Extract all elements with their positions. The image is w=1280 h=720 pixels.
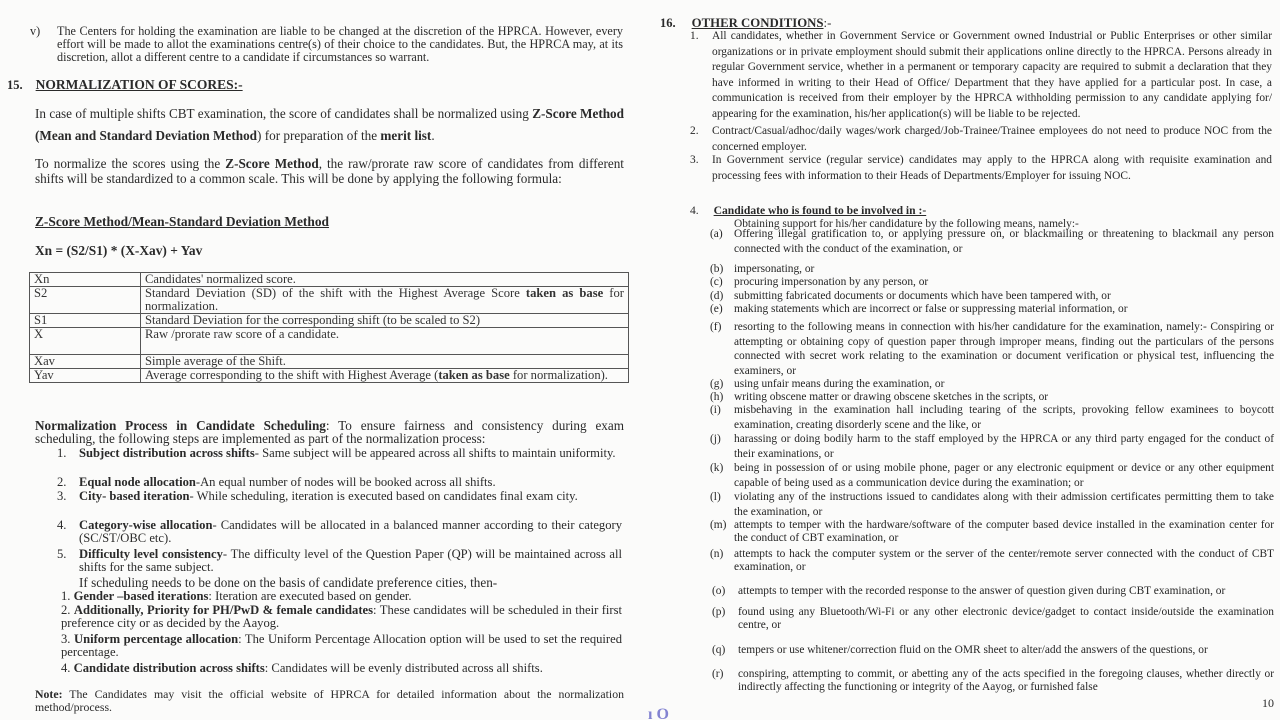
item-4-heading: 4. Candidate who is found to be involved… xyxy=(690,204,926,217)
list-item: 1.Subject distribution across shifts- Sa… xyxy=(57,447,622,460)
stamp-mark-icon: ıO xyxy=(648,706,690,720)
section-15-para1: In case of multiple shifts CBT examinati… xyxy=(35,103,624,147)
clause-item: (l)violating any of the instructions iss… xyxy=(710,490,1274,519)
clause-item: (j)harassing or doing bodily harm to the… xyxy=(710,432,1274,461)
variable-meaning: Standard Deviation for the corresponding… xyxy=(141,314,629,328)
table-row: S1Standard Deviation for the correspondi… xyxy=(30,314,629,328)
table-row: XRaw /prorate raw score of a candidate. xyxy=(30,328,629,355)
clause-item: (o)attempts to temper with the recorded … xyxy=(712,584,1274,599)
list-item: 1.All candidates, whether in Government … xyxy=(690,29,1272,122)
list-item: 3.City- based iteration- While schedulin… xyxy=(57,490,622,503)
clause-item: (r)conspiring, attempting to commit, or … xyxy=(712,668,1274,693)
clause-item: (a)Offering illegal gratification to, or… xyxy=(710,227,1274,256)
section-title: NORMALIZATION OF SCORES:- xyxy=(36,77,243,92)
variable-meaning: Raw /prorate raw score of a candidate. xyxy=(141,328,629,355)
section-15-heading: 15. NORMALIZATION OF SCORES:- xyxy=(7,76,243,94)
clause-item: (p)found using any Bluetooth/Wi-Fi or an… xyxy=(712,606,1274,631)
item-v: v) The Centers for holding the examinati… xyxy=(30,25,623,64)
normalization-note: Note: The Candidates may visit the offic… xyxy=(35,688,624,714)
preference-intro: If scheduling needs to be done on the ba… xyxy=(79,576,497,589)
right-page: 16. OTHER CONDITIONS:- 1.All candidates,… xyxy=(648,0,1280,720)
list-item: 2.Contract/Casual/adhoc/daily wages/work… xyxy=(690,124,1272,155)
clause-item: (e)making statements which are incorrect… xyxy=(710,302,1274,317)
table-row: XnCandidates' normalized score. xyxy=(30,273,629,287)
variable-meaning: Average corresponding to the shift with … xyxy=(141,369,629,383)
variable-symbol: S1 xyxy=(30,314,141,328)
clause-item: (q)tempers or use whitener/correction fl… xyxy=(712,643,1274,658)
list-item: 1. Gender –based iterations: Iteration a… xyxy=(61,590,622,603)
method-heading: Z-Score Method/Mean-Standard Deviation M… xyxy=(35,214,329,230)
section-number: 15. xyxy=(7,78,23,92)
section-number: 16. xyxy=(660,16,676,30)
variable-symbol: Xn xyxy=(30,273,141,287)
table-row: XavSimple average of the Shift. xyxy=(30,355,629,369)
left-page: v) The Centers for holding the examinati… xyxy=(0,0,640,720)
variable-meaning: Simple average of the Shift. xyxy=(141,355,629,369)
formula-variables-table: XnCandidates' normalized score.S2Standar… xyxy=(29,272,629,383)
clause-item: (i)misbehaving in the examination hall i… xyxy=(710,403,1274,432)
variable-symbol: Yav xyxy=(30,369,141,383)
list-item: 2. Additionally, Priority for PH/PwD & f… xyxy=(61,604,622,630)
list-item: 5.Difficulty level consistency- The diff… xyxy=(57,548,622,574)
list-item: 4. Candidate distribution across shifts:… xyxy=(61,662,622,675)
section-15-para2: To normalize the scores using the Z-Scor… xyxy=(35,157,624,186)
table-row: S2Standard Deviation (SD) of the shift w… xyxy=(30,287,629,314)
list-item: 3. Uniform percentage allocation: The Un… xyxy=(61,633,622,659)
clause-item: (c)procuring impersonation by any person… xyxy=(710,275,1274,290)
clause-item: (k)being in possession of or using mobil… xyxy=(710,461,1274,490)
page-number: 10 xyxy=(1262,696,1274,711)
clause-item: (m)attempts to temper with the hardware/… xyxy=(710,519,1274,544)
section-title: OTHER CONDITIONS xyxy=(692,16,824,30)
variable-symbol: X xyxy=(30,328,141,355)
list-item: 3.In Government service (regular service… xyxy=(690,153,1272,184)
list-item: 4.Category-wise allocation- Candidates w… xyxy=(57,519,622,545)
variable-meaning: Candidates' normalized score. xyxy=(141,273,629,287)
clause-item: (n)attempts to hack the computer system … xyxy=(710,548,1274,573)
variable-symbol: Xav xyxy=(30,355,141,369)
variable-symbol: S2 xyxy=(30,287,141,314)
normalization-process-intro: Normalization Process in Candidate Sched… xyxy=(35,419,624,445)
formula: Xn = (S2/S1) * (X-Xav) + Yav xyxy=(35,243,202,259)
item-v-text: The Centers for holding the examination … xyxy=(57,25,623,64)
list-item: 2.Equal node allocation-An equal number … xyxy=(57,476,622,489)
variable-meaning: Standard Deviation (SD) of the shift wit… xyxy=(141,287,629,314)
item-v-label: v) xyxy=(30,25,40,38)
clause-item: (f)resorting to the following means in c… xyxy=(710,320,1274,378)
table-row: YavAverage corresponding to the shift wi… xyxy=(30,369,629,383)
